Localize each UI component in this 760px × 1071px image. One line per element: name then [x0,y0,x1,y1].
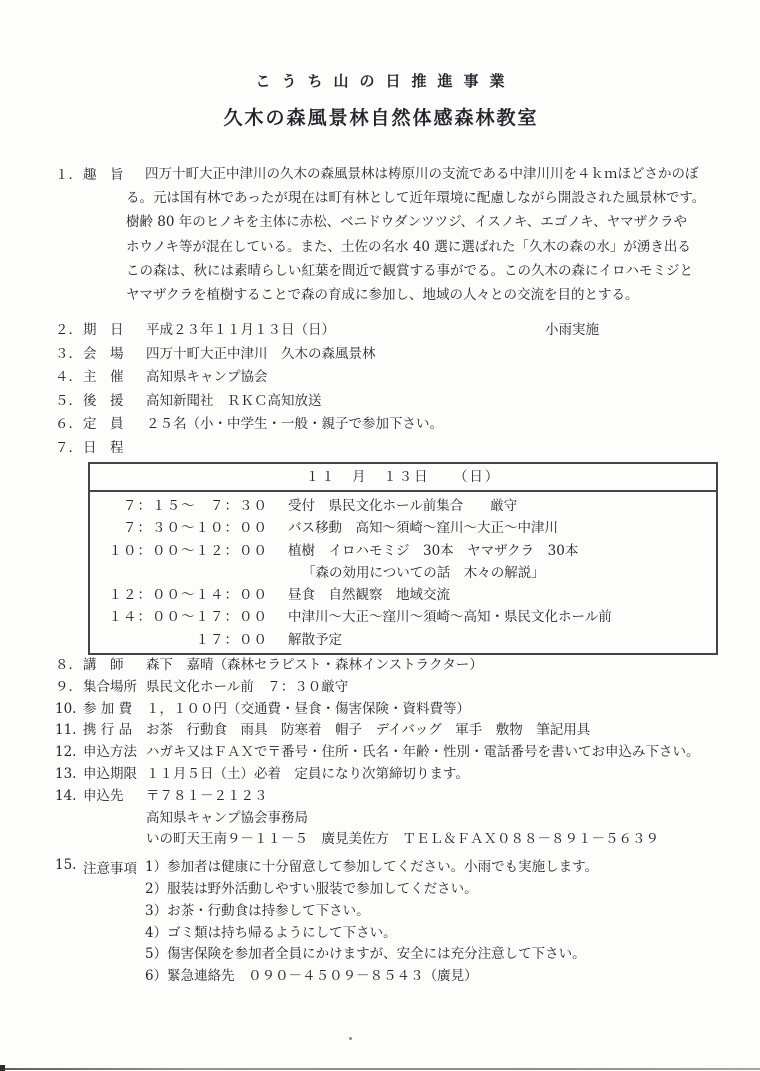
schedule-body: ７：１５～ ７：３０ 受付 県民文化ホール前集合 厳守 ７：３０～１０：００ バ… [90,492,716,653]
schedule-row: １４：００～１７：００ 中津川～大正～窪川～須崎～高知・県民文化ホール前 [90,606,716,628]
item-number: 15. [55,857,83,988]
section-details: ２． 期 日 平成２３年１１月１３日（日） 小雨実施 ３． 会 場 四万十町大正… [0,319,760,460]
row-venue: ３． 会 場 四万十町大正中津川 久木の森風景林 [0,343,760,367]
schedule-table: １１ 月 １３日 （日） ７：１５～ ７：３０ 受付 県民文化ホール前集合 厳守… [88,462,718,655]
item-value: 森下 嘉晴（森林セラピスト・森林インストラクター） [146,655,483,677]
schedule-row: ７：１５～ ７：３０ 受付 県民文化ホール前集合 厳守 [90,495,716,517]
item-label: 後 援 [83,390,145,414]
row-fee: 10. 参 加 費 １，１００円（交通費・昼食・傷害保険・資料費等） [0,699,760,721]
item-value: １，１００円（交通費・昼食・傷害保険・資料費等） [146,699,470,721]
schedule-activity: バス移動 高知～須崎～窪川～大正～中津川 [288,517,558,539]
item-value: お茶 行動食 雨具 防寒着 帽子 デイバッグ 軍手 敷物 筆記用具 [146,720,590,742]
schedule-time: １４：００～１７：００ [90,606,268,628]
item-number: ８． [55,655,83,677]
schedule-row: １２：００～１４：００ 昼食 自然観察 地域交流 [90,584,716,606]
item-number: 13. [55,764,83,786]
schedule-activity: 中津川～大正～窪川～須崎～高知・県民文化ホール前 [288,606,612,628]
scan-corner-mark [0,1065,5,1071]
caution-note: 1）参加者は健康に十分留意して参加してください。小雨でも実施します。 [145,857,598,879]
purpose-line: ヤマザクラを植樹することで森の育成に参加し、地域の人々との交流を目的とする。 [126,283,705,307]
row-lecturer: ８． 講 師 森下 嘉晴（森林セラピスト・森林インストラクター） [0,655,760,677]
item-number: 14. [55,786,83,808]
item-label: 集合場所 [83,677,145,699]
item-value: 高知新聞社 ＲＫＣ高知放送 [146,390,322,414]
item-label: 申込方法 [83,742,145,764]
item-number: ５． [55,390,83,414]
schedule-activity: 昼食 自然観察 地域交流 [288,584,450,606]
item-value: 県民文化ホール前 ７：３０厳守 [146,677,348,699]
schedule-activity: 「森の効用についての話 木々の解説」 [302,562,545,584]
row-belongings: 11. 携 行 品 お茶 行動食 雨具 防寒着 帽子 デイバッグ 軍手 敷物 筆… [0,720,760,742]
row-program: ７． 日 程 [0,437,760,461]
scan-speck [349,1037,352,1040]
item-number: 11. [55,720,83,742]
item-value: ２５名（小・中学生・一般・親子で参加下さい。 [146,413,443,437]
purpose-line: 四万十町大正中津川の久木の森風景林は梼原川の支流である中津川川を４ｋｍほどさかの… [126,162,705,186]
item-label: 注意事項 [83,857,145,988]
item-number: ３． [55,343,83,367]
purpose-text: 四万十町大正中津川の久木の森風景林は梼原川の支流である中津川川を４ｋｍほどさかの… [126,162,705,307]
schedule-time: ７：３０～１０：００ [90,517,268,539]
scan-edge-line [0,1068,760,1070]
item-label: 申込期限 [83,764,145,786]
item-value: 高知県キャンプ協会 [146,366,268,390]
row-date: ２． 期 日 平成２３年１１月１３日（日） 小雨実施 [0,319,760,343]
postal-code: 〒７８１－２１２３ [146,786,268,808]
item-label: 主 催 [83,366,145,390]
row-application-address: 14. 申込先 〒７８１－２１２３ [0,786,760,808]
item-value: 平成２３年１１月１３日（日） [146,319,335,343]
row-support: ５． 後 援 高知新聞社 ＲＫＣ高知放送 [0,390,760,414]
schedule-row: 「森の効用についての話 木々の解説」 [90,562,716,584]
item-value: １１月５日（土）必着 定員になり次第締切ります。 [146,764,469,786]
row-meeting-place: ９． 集合場所 県民文化ホール前 ７：３０厳守 [0,677,760,699]
row-cautions: 15. 注意事項 1）参加者は健康に十分留意して参加してください。小雨でも実施し… [0,857,760,988]
schedule-activity: 植樹 イロハモミジ 30本 ヤマザクラ 30本 [288,540,578,562]
item-label: 日 程 [83,437,145,461]
caution-note: 5）傷害保険を参加者全員にかけますが、安全には充分注意して下さい。 [145,944,598,966]
application-address-line: いの町天王南９－１１－５ 廣見美佐方 ＴＥＬ＆ＦＡＸ０８８－８９１－５６３９ [0,829,760,851]
item-number: １． [55,163,83,183]
purpose-line: ホウノキ等が混在している。また、土佐の名水 40 選に選ばれた「久木の森の水」が… [126,235,705,259]
section-details-2: ８． 講 師 森下 嘉晴（森林セラピスト・森林インストラクター） ９． 集合場所… [0,655,760,988]
caution-note: 6）緊急連絡先 ０９０－４５０９－８５４３（廣見） [145,966,598,988]
item-number: 10. [55,699,83,721]
schedule-row: １７：００ 解散予定 [90,629,716,651]
item-number: ７． [55,437,83,461]
row-deadline: 13. 申込期限 １１月５日（土）必着 定員になり次第締切ります。 [0,764,760,786]
row-capacity: ６． 定 員 ２５名（小・中学生・一般・親子で参加下さい。 [0,413,760,437]
row-application-method: 12. 申込方法 ハガキ又はＦＡＸで〒番号・住所・氏名・年齢・性別・電話番号を書… [0,742,760,764]
schedule-time: １７：００ [90,629,268,651]
caution-note: 2）服装は野外活動しやすい服装で参加してください。 [145,879,598,901]
event-title: 久木の森風景林自然体感森林教室 [0,103,760,130]
document-page: こうち山の日推進事業 久木の森風景林自然体感森林教室 １． 趣 旨 四万十町大正… [0,0,760,1071]
section-purpose: １． 趣 旨 四万十町大正中津川の久木の森風景林は梼原川の支流である中津川川を４… [0,162,760,307]
purpose-line: 樹齢 80 年のヒノキを主体に赤松、ベニドウダンツツジ、イスノキ、エゴノキ、ヤマ… [126,210,705,234]
schedule-activity: 受付 県民文化ホール前集合 厳守 [288,495,517,517]
item-label: 参 加 費 [83,699,145,721]
schedule-date-header: １１ 月 １３日 （日） [90,464,716,492]
item-number: ４． [55,366,83,390]
schedule-time: ７：１５～ ７：３０ [90,495,268,517]
application-address-line: 高知県キャンプ協会事務局 [0,808,760,830]
item-number: ９． [55,677,83,699]
schedule-row: １０：００～１２：００ 植樹 イロハモミジ 30本 ヤマザクラ 30本 [90,540,716,562]
purpose-line: る。元は国有林であったが現在は町有林として近年環境に配慮しながら開設された風景林… [126,186,705,210]
caution-notes: 1）参加者は健康に十分留意して参加してください。小雨でも実施します。 2）服装は… [145,857,598,988]
item-number: ２． [55,319,83,343]
schedule-time: １２：００～１４：００ [90,584,268,606]
item-label: 携 行 品 [83,720,145,742]
item-label: 会 場 [83,343,145,367]
schedule-time: １０：００～１２：００ [90,540,268,562]
item-label: 講 師 [83,655,145,677]
caution-note: 4）ゴミ類は持ち帰るようにして下さい。 [145,923,598,945]
item-number: 12. [55,742,83,764]
item-number: ６． [55,413,83,437]
caution-note: 3）お茶・行動食は持参して下さい。 [145,901,598,923]
rain-note: 小雨実施 [545,319,599,343]
item-label: 定 員 [83,413,145,437]
item-label: 期 日 [83,319,145,343]
purpose-line: この森は、秋には素晴らしい紅葉を間近で観賞する事がでる。この久木の森にイロハモミ… [126,259,705,283]
item-label: 申込先 [83,786,145,808]
item-value: 四万十町大正中津川 久木の森風景林 [146,343,376,367]
schedule-time [90,562,268,584]
event-supertitle: こうち山の日推進事業 [0,70,760,91]
row-organizer: ４． 主 催 高知県キャンプ協会 [0,366,760,390]
item-value: ハガキ又はＦＡＸで〒番号・住所・氏名・年齢・性別・電話番号を書いてお申込み下さい… [146,742,700,764]
schedule-row: ７：３０～１０：００ バス移動 高知～須崎～窪川～大正～中津川 [90,517,716,539]
schedule-activity: 解散予定 [288,629,342,651]
